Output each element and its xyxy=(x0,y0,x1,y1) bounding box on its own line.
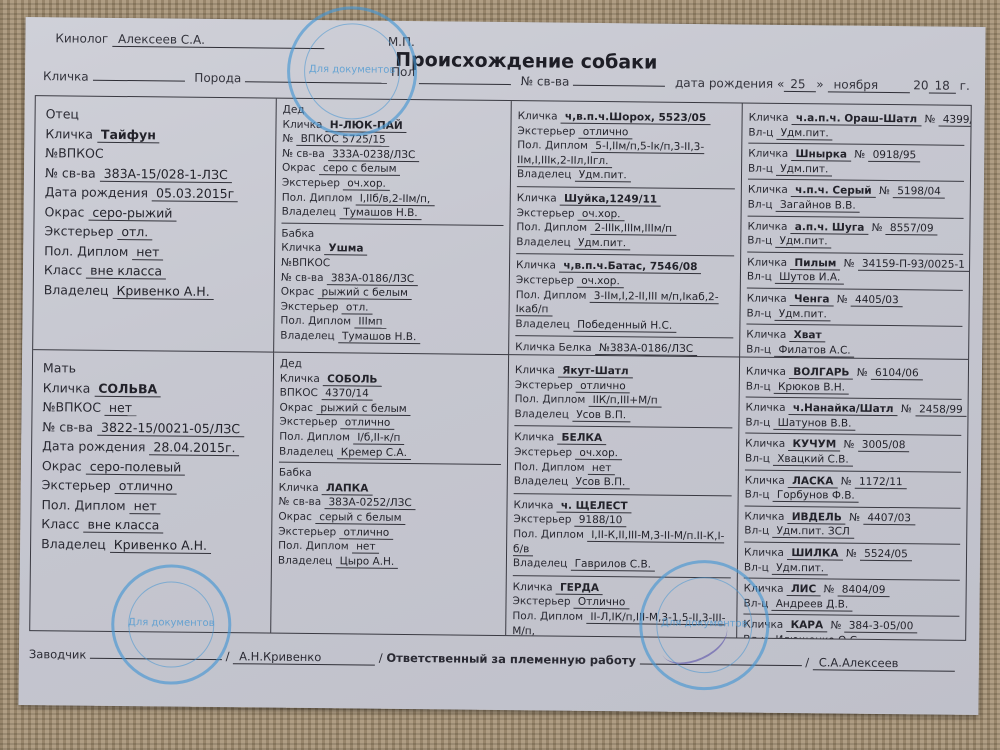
owner-row: Вл-ц Крюков В.Н. xyxy=(746,379,962,396)
maternal-gen4-entry: Кличка ч.Нанайка/Шатл № 2458/99Вл-ц Шату… xyxy=(745,398,961,436)
field-label: Кличка xyxy=(746,402,789,414)
maternal-gen3-entry: Кличка Якут-ШатлЭкстерьер отличноПол. Ди… xyxy=(514,359,733,429)
dob-month: ноября xyxy=(827,77,909,93)
field-label: Вл-ц xyxy=(744,525,772,537)
dog-owner: Андреев Д.В. xyxy=(772,598,853,612)
field-label: Кличка xyxy=(748,184,791,196)
field-value: 4370/14 xyxy=(321,387,373,401)
dog-owner: Филатов А.С. xyxy=(774,344,854,358)
field-label: № св-ва xyxy=(282,147,328,159)
maternal-grandfather: ДедКличка СОБОЛЬВПКОС 4370/14Окрас рыжий… xyxy=(279,357,502,465)
field-label: Владелец xyxy=(514,408,572,421)
field-label: Владелец xyxy=(44,282,113,298)
dog-number: 8404/09 xyxy=(838,584,890,598)
field-row: Пол. Диплом 5-I,IIм/п,5-Iк/п,3-II,3-IIм,… xyxy=(517,138,735,169)
field-value: Удм.пит. xyxy=(575,169,631,183)
field-label: Пол. Диплом xyxy=(280,315,354,328)
dog-number: 1172/11 xyxy=(855,475,907,489)
field-label: Владелец xyxy=(517,169,575,182)
field-label: Кличка xyxy=(281,242,324,254)
field-value: Тумашов Н.В. xyxy=(339,206,421,220)
dog-name: КУЧУМ xyxy=(788,438,840,452)
field-label: Кличка xyxy=(744,510,787,522)
field-value: серо с белым xyxy=(319,162,401,176)
mother-field-row: № св-ва 3822-15/0021-05/ЛЗС xyxy=(42,417,262,439)
dog-number: 5198/04 xyxy=(893,185,945,199)
dog-owner: Удм.пит. ЗСЛ xyxy=(772,525,853,539)
father-field-row: №ВПКОС xyxy=(45,143,265,165)
field-value: Удм.пит. xyxy=(574,236,630,250)
field-value: Усов В.П. xyxy=(571,476,629,490)
field-value: 2-IIIк,IIIм,IIIм/п xyxy=(590,222,676,236)
field-value: рыжий с белым xyxy=(316,402,411,416)
field-value: Победенный Н.С. xyxy=(573,318,676,332)
paternal-gen4-entry: Кличка Шнырка № 0918/95Вл-ц Удм.пит. xyxy=(748,144,964,182)
field-label: Экстерьер xyxy=(42,477,115,493)
field-label: Пол. Диплом xyxy=(512,610,586,623)
field-label: ВПКОС xyxy=(280,387,322,399)
field-value: ГЕРДА xyxy=(556,581,603,594)
dog-owner: Шутов И.А. xyxy=(775,271,844,285)
field-row: Владелец Усов В.П. xyxy=(514,407,732,424)
document-title: Происхождение собаки xyxy=(395,49,657,74)
field-label: Экстерьер xyxy=(517,207,578,220)
field-value: отлично xyxy=(576,379,630,393)
responsible-name: С.А.Алексеев xyxy=(813,655,955,671)
name-row: Кличка ШИЛКА № 5524/05 xyxy=(744,545,960,562)
field-value: ч,в.п.ч.Батас, 7546/08 xyxy=(559,260,701,274)
paternal-grandparents-cell: ДедКличка Н-ЛЮК-ПАЙ№ ВПКОС 5725/15№ св-в… xyxy=(274,99,512,355)
field-label: Владелец xyxy=(515,318,573,331)
field-value: нет xyxy=(352,541,380,554)
field-label: Экстерьер xyxy=(278,525,339,538)
field-value: Якут-Шатл xyxy=(558,365,632,379)
dog-owner: Илющенко О.С. xyxy=(771,634,864,640)
breeder-name: А.Н.Кривенко xyxy=(233,649,375,665)
field-label: Окрас xyxy=(281,286,318,298)
owner-row: Вл-ц Шутов И.А. xyxy=(747,270,963,287)
field-value: отлично xyxy=(115,478,177,495)
dog-owner: Удм.пит. xyxy=(775,235,831,249)
field-label: Пол. Диплом xyxy=(516,221,590,234)
maternal-grandmother-field-row: Окрас серый с белым xyxy=(278,510,500,527)
name-row: Кличка ВОЛГАРЬ № 6104/06 xyxy=(746,365,962,382)
field-value: отлично xyxy=(579,125,633,139)
field-value: 383А-0186/ЛЗС xyxy=(327,272,418,286)
field-value: серый с белым xyxy=(315,511,405,525)
mother-field-row: Пол. Диплом нет xyxy=(41,495,261,517)
name-row: Кличка Ченга № 4405/03 xyxy=(747,291,963,308)
field-value: вне класса xyxy=(83,517,163,534)
dog-name: ШИЛКА xyxy=(787,547,842,561)
dog-owner: Удм.пит. xyxy=(777,126,833,140)
field-label: Экстерьер xyxy=(516,274,577,287)
dog-owner: Шатунов В.В. xyxy=(774,417,856,431)
field-label: Дата рождения xyxy=(42,438,149,454)
pedigree-table: ОтецКличка Тайфун№ВПКОС № св-ва 383А-15/… xyxy=(29,95,972,641)
field-value: I/б,II-к/п xyxy=(353,431,404,445)
field-label: Окрас xyxy=(279,401,316,413)
field-value: ЛАПКА xyxy=(322,482,372,496)
field-value: I,IIб/в,2-IIм/п, xyxy=(356,192,435,206)
field-label: №ВПКОС xyxy=(45,145,104,161)
field-value: рыжий с белым xyxy=(318,286,413,300)
dog-number: 0918/95 xyxy=(869,149,921,163)
owner-row: Вл-ц Загайнов В.В. xyxy=(748,198,964,215)
field-label: Вл-ц xyxy=(748,126,776,138)
dog-owner: Загайнов В.В. xyxy=(776,199,860,213)
num-label: № xyxy=(827,620,845,632)
father-field-row: Пол. Диплом нет xyxy=(44,241,264,263)
dog-name: Ченга xyxy=(790,293,834,306)
field-row: Владелец Удм.пит. xyxy=(517,168,735,185)
maternal-gen4-entry: Кличка КУЧУМ № 3005/08Вл-ц Хвацкий С.В. xyxy=(745,434,961,472)
dog-name: ч.Нанайка/Шатл xyxy=(789,402,898,416)
maternal-gen4-entry: Кличка ЛИС № 8404/09Вл-ц Андреев Д.В. xyxy=(743,579,959,617)
paternal-gen4-entry: Кличка Ченга № 4405/03Вл-ц Удм.пит. xyxy=(746,288,962,326)
field-label: Вл-ц xyxy=(747,307,775,319)
field-label: Вл-ц xyxy=(745,453,773,465)
field-value: ч,в.п.ч.Шорох, 5523/05 xyxy=(561,111,710,126)
field-label: № св-ва xyxy=(45,165,100,181)
owner-row: Вл-ц Удм.пит. xyxy=(746,306,962,323)
field-label: Экстерьер xyxy=(513,513,574,526)
field-label: Кличка xyxy=(514,432,557,444)
num-label: № xyxy=(868,221,886,233)
mother-field-row: Класс вне класса xyxy=(41,514,261,536)
maternal-gen4-entry: Кличка КАРА № 384-3-05/00Вл-ц Илющенко О… xyxy=(743,615,959,640)
field-value: оч.хор. xyxy=(578,207,625,220)
field-label: Кличка xyxy=(746,366,789,378)
field-label: Кличка xyxy=(746,329,789,341)
field-value: отлично xyxy=(340,526,394,540)
father-heading: Отец xyxy=(46,104,266,126)
field-label: Окрас xyxy=(278,511,315,523)
field-label: Экстерьер xyxy=(512,595,573,608)
field-label: Вл-ц xyxy=(745,416,773,428)
dog-name: а.п.ч. Шуга xyxy=(791,221,869,235)
breed-label: Порода xyxy=(194,71,241,85)
field-label: Кличка xyxy=(747,220,790,232)
field-label: Пол. Диплом xyxy=(515,393,589,406)
field-value: 3822-15/0021-05/ЛЗС xyxy=(97,419,244,437)
cert-label: № св-ва xyxy=(521,74,570,89)
owner-row: Вл-ц Филатов А.С. xyxy=(746,342,962,359)
field-label: Пол. Диплом xyxy=(513,528,587,541)
field-label: Пол. Диплом xyxy=(44,243,132,259)
field-label: №ВПКОС xyxy=(281,257,330,270)
dog-name: ч.п.ч. Серый xyxy=(791,184,876,198)
field-label: Владелец xyxy=(513,557,571,570)
owner-row: Вл-ц Хвацкий С.В. xyxy=(745,452,961,469)
field-label: № xyxy=(282,133,296,145)
father-field-row: Класс вне класса xyxy=(44,260,264,282)
paternal-gen3-entry: Кличка ч,в.п.ч.Шорох, 5523/05Экстерьер о… xyxy=(517,105,736,189)
paternal-grandfather-field-row: Владелец Тумашов Н.В. xyxy=(282,205,504,222)
dob-year-prefix: 20 xyxy=(913,78,928,92)
mother-heading: Мать xyxy=(43,358,263,380)
father-field-row: Окрас серо-рыжий xyxy=(44,202,264,224)
field-value: Ушма xyxy=(324,242,367,255)
owner-row: Вл-ц Удм.пит. xyxy=(747,234,963,251)
mother-field-row: Экстерьер отлично xyxy=(42,475,262,497)
paternal-gen3-entry: Кличка Белка №383А-0186/ЛЗСЭкстерьер оч.… xyxy=(515,336,734,357)
field-label: Вл-ц xyxy=(748,199,776,211)
num-label: № xyxy=(820,583,838,595)
field-row: Владелец Удм.пит. xyxy=(516,235,734,252)
field-label: Экстерьер xyxy=(281,300,342,313)
field-row: Кличка Шуйка,1249/11 xyxy=(517,191,735,208)
field-label: Кличка xyxy=(748,148,791,160)
father-cell: ОтецКличка Тайфун№ВПКОС № св-ва 383А-15/… xyxy=(33,96,277,353)
maternal-gen3-entry: Кличка БЕЛКАЭкстерьер оч.хор.Пол. Диплом… xyxy=(514,427,733,497)
father-field-row: Владелец Кривенко А.Н. xyxy=(44,280,264,302)
field-value: серо-полевый xyxy=(86,458,186,475)
field-value: Кривенко А.Н. xyxy=(110,536,211,553)
paternal-gen4-entry: Кличка ч.п.ч. Серый № 5198/04Вл-ц Загайн… xyxy=(748,180,964,218)
field-label: Кличка xyxy=(280,372,323,384)
field-label: Кличка xyxy=(515,364,558,376)
field-value: отл. xyxy=(342,301,373,314)
round-stamp-top: Для документов xyxy=(286,6,417,137)
paternal-gen3-entry: Кличка ч,в.п.ч.Батас, 7546/08Экстерьер о… xyxy=(515,254,734,338)
field-value: оч.хор. xyxy=(343,177,390,190)
field-label: № св-ва xyxy=(281,271,327,283)
owner-row: Вл-ц Андреев Д.В. xyxy=(743,596,959,613)
num-label: № xyxy=(921,113,939,125)
field-label: Экстерьер xyxy=(517,125,578,138)
header-fields-line: Кличка Порода Пол № св-ва дата рождения … xyxy=(43,69,970,94)
field-label: №ВПКОС xyxy=(42,399,105,415)
field-value: СОЛЬВА xyxy=(94,380,161,397)
field-label: Дата рождения xyxy=(45,184,152,200)
field-value: 383А-15/028-1-ЛЗС xyxy=(100,165,232,182)
field-value: отл. xyxy=(117,224,152,240)
dog-number: 34159-П-93/0025-1 xyxy=(858,257,969,271)
field-label: Пол. Диплом xyxy=(516,289,590,302)
field-value: ч. ЩЕЛЕСТ xyxy=(557,499,632,513)
num-label: № xyxy=(897,403,915,415)
dob-suffix: г. xyxy=(960,79,970,93)
field-label: Класс xyxy=(41,516,83,531)
mother-field-row: Кличка СОЛЬВА xyxy=(43,378,263,400)
maternal-gen4-entry: Кличка ИВДЕЛЬ № 4407/03Вл-ц Удм.пит. ЗСЛ xyxy=(744,506,960,544)
paternal-grandmother-field-row: №ВПКОС xyxy=(281,256,503,273)
maternal-gen4-cell: Кличка ВОЛГАРЬ № 6104/06Вл-ц Крюков В.Н.… xyxy=(737,357,968,639)
field-value: Цыро А.Н. xyxy=(336,555,399,569)
field-value: 05.03.2015г xyxy=(152,185,238,202)
field-value: БЕЛКА xyxy=(557,432,606,446)
field-label: Окрас xyxy=(45,204,89,219)
field-label: Вл-ц xyxy=(745,489,773,501)
dog-owner: Хвацкий С.В. xyxy=(773,453,853,467)
dog-owner: Удм.пит. xyxy=(775,307,831,321)
field-row: Пол. Диплом I,II-К,II,III-М,3-II-М/п.II-… xyxy=(513,527,731,558)
field-label: Кличка xyxy=(513,581,556,593)
paternal-gen4-entry: Кличка ХватВл-ц Филатов А.С. xyxy=(746,325,962,360)
mother-field-row: Дата рождения 28.04.2015г. xyxy=(42,436,262,458)
field-label: Кличка xyxy=(747,256,790,268)
field-label: Владелец xyxy=(41,536,110,552)
field-value: Тумашов Н.В. xyxy=(338,330,420,344)
dob-label: дата рождения xyxy=(675,76,773,91)
field-label: Окрас xyxy=(282,162,319,174)
dog-name: ЛАСКА xyxy=(788,475,837,489)
field-label: Окрас xyxy=(42,458,86,473)
field-label: Вл-ц xyxy=(747,235,775,247)
field-label: Владелец xyxy=(279,445,337,458)
owner-row: Вл-ц Удм.пит. xyxy=(748,125,964,142)
dog-number: 4399/03 xyxy=(939,114,971,128)
father-field-row: Кличка Тайфун xyxy=(45,124,265,146)
paternal-grandmother-field-row: Владелец Тумашов Н.В. xyxy=(280,329,502,346)
field-value: 28.04.2015г. xyxy=(149,439,239,456)
mother-field-row: Владелец Кривенко А.Н. xyxy=(41,534,261,556)
field-value: нет xyxy=(588,461,616,474)
field-label: Владелец xyxy=(514,475,572,488)
field-label: Экстерьер xyxy=(282,177,343,190)
name-label: Кличка xyxy=(43,69,89,83)
field-label: Кличка xyxy=(518,110,561,122)
field-row: Владелец Победенный Н.С. xyxy=(515,317,733,334)
num-label: № xyxy=(833,293,851,305)
father-field-row: Дата рождения 05.03.2015г xyxy=(45,182,265,204)
maternal-gen4-entry: Кличка ШИЛКА № 5524/05Вл-ц Удм.пит. xyxy=(744,542,960,580)
field-label: Пол. Диплом xyxy=(278,540,352,553)
field-value: оч.хор. xyxy=(577,275,624,288)
field-label: Кличка xyxy=(279,481,322,493)
field-value: Отлично xyxy=(574,596,630,610)
num-label: № xyxy=(840,439,858,451)
field-label: Вл-ц xyxy=(746,380,774,392)
dog-owner: Крюков В.Н. xyxy=(774,380,849,394)
maternal-gen4-entry: Кличка ЛАСКА № 1172/11Вл-ц Горбунов Ф.В. xyxy=(745,470,961,508)
num-label: № xyxy=(840,257,858,269)
owner-row: Вл-ц Шатунов В.В. xyxy=(745,415,961,432)
field-label: Вл-ц xyxy=(747,271,775,283)
owner-row: Вл-ц Удм.пит. xyxy=(744,560,960,577)
field-label: Кличка xyxy=(513,499,556,511)
field-value: нет xyxy=(105,400,136,416)
field-label: Пол. Диплом xyxy=(514,461,588,474)
field-value: Кремер С.А. xyxy=(337,446,411,460)
field-label: Кличка xyxy=(45,126,97,142)
maternal-grandmother: БабкаКличка ЛАПКА№ св-ва 383А-0252/ЛЗСОк… xyxy=(278,466,501,573)
num-label: № xyxy=(853,367,871,379)
dog-owner: Удм.пит. xyxy=(776,163,832,177)
sex-value xyxy=(419,83,511,85)
num-label: № xyxy=(843,548,861,560)
pedigree-document: Кинолог Алексеев С.А. М.П. Происхождение… xyxy=(18,17,985,715)
dog-name: ч.а.п.ч. Ораш-Шатл xyxy=(792,112,921,126)
round-stamp-bottom-left: Для документов xyxy=(111,564,232,685)
field-label: Экстерьер xyxy=(514,446,575,459)
field-value: СОБОЛЬ xyxy=(323,373,381,387)
field-value: Усов В.П. xyxy=(572,409,630,423)
name-row: Кличка ч.а.п.ч. Ораш-Шатл № 4399/03 xyxy=(749,111,965,128)
field-label: Пол. Диплом xyxy=(282,191,356,204)
field-label: Кличка xyxy=(745,438,788,450)
field-label: Кличка xyxy=(516,259,559,271)
paternal-gen4-entry: Кличка ч.а.п.ч. Ораш-Шатл № 4399/03Вл-ц … xyxy=(748,108,964,146)
field-label: Кличка Белка xyxy=(515,341,595,354)
paternal-gen3-entry: Кличка Шуйка,1249/11Экстерьер оч.хор.Пол… xyxy=(516,187,735,257)
field-row: Пол. Диплом 3-IIм,I,2-II,III м/п,Iкаб,2-… xyxy=(516,288,734,319)
field-label: Экстерьер xyxy=(44,223,117,239)
field-label: Экстерьер xyxy=(279,416,340,429)
field-label: Экстерьер xyxy=(515,379,576,392)
owner-row: Вл-ц Илющенко О.С. xyxy=(743,632,959,639)
field-value: нет xyxy=(130,498,161,514)
field-label: Владелец xyxy=(516,236,574,249)
dog-name: Хват xyxy=(790,329,826,342)
dog-name: Шнырка xyxy=(791,148,851,162)
num-label: № xyxy=(876,185,894,197)
paternal-grandmother: БабкаКличка Ушма№ВПКОС № св-ва 383А-0186… xyxy=(280,226,503,348)
num-label: № xyxy=(837,475,855,487)
cert-value xyxy=(573,85,665,87)
dog-owner: Горбунов Ф.В. xyxy=(773,489,859,503)
field-label: Владелец xyxy=(280,330,338,343)
dog-name: Пилым xyxy=(790,257,840,271)
dob-year: 18 xyxy=(929,78,956,93)
field-row: Владелец Усов В.П. xyxy=(514,474,732,491)
field-label: Пол. Диплом xyxy=(517,139,591,152)
name-value xyxy=(92,80,184,82)
kinolog-label: Кинолог xyxy=(55,31,108,46)
mother-field-row: Окрас серо-полевый xyxy=(42,456,262,478)
paternal-gen4-entry: Кличка Пилым № 34159-П-93/0025-1Вл-ц Шут… xyxy=(747,252,963,290)
field-label: Класс xyxy=(44,262,86,277)
owner-row: Вл-ц Удм.пит. xyxy=(748,161,964,178)
num-label: № xyxy=(851,149,869,161)
maternal-grandfather-field-row: Владелец Кремер С.А. xyxy=(279,444,501,461)
dog-number: 6104/06 xyxy=(871,367,923,381)
field-value: 9188/10 xyxy=(575,514,627,528)
field-value: IIК/п,III+М/п xyxy=(589,394,662,408)
num-label: № xyxy=(846,511,864,523)
field-label: Владелец xyxy=(282,206,340,219)
dog-number: 2458/99 xyxy=(915,404,967,418)
field-value: вне класса xyxy=(86,263,166,280)
dog-number: 384-3-05/00 xyxy=(845,620,918,634)
field-value: 383А-0252/ЛЗС xyxy=(324,496,415,510)
dog-number: 3005/08 xyxy=(858,439,910,453)
owner-row: Вл-ц Удм.пит. ЗСЛ xyxy=(744,524,960,541)
father-field-row: Экстерьер отл. xyxy=(44,221,264,243)
dog-name: ЛИС xyxy=(787,583,820,596)
dog-number: 4405/03 xyxy=(851,294,903,308)
field-label: Кличка xyxy=(747,292,790,304)
father-field-row: № св-ва 383А-15/028-1-ЛЗС xyxy=(45,163,265,185)
mother-field-row: №ВПКОС нет xyxy=(42,397,262,419)
dog-number: 4407/03 xyxy=(863,512,915,526)
field-row: Экстерьер оч.хор. xyxy=(516,273,734,290)
field-value: 333А-0238/ЛЗС xyxy=(328,148,419,162)
dog-number: 5524/05 xyxy=(860,548,912,562)
field-value: №383А-0186/ЛЗС xyxy=(595,342,697,356)
paternal-great-grandparents-cell: Кличка ч,в.п.ч.Шорох, 5523/05Экстерьер о… xyxy=(509,101,743,357)
field-label: Кличка xyxy=(744,546,787,558)
field-label: № св-ва xyxy=(279,496,325,508)
field-value: нет xyxy=(132,244,163,260)
field-label: Кличка xyxy=(745,474,788,486)
field-label: Кличка xyxy=(43,380,95,396)
dog-owner: Удм.пит. xyxy=(772,561,828,575)
field-value: серо-рыжий xyxy=(88,204,176,221)
owner-row: Вл-ц Горбунов Ф.В. xyxy=(745,488,961,505)
dog-name: ВОЛГАРЬ xyxy=(789,366,853,380)
